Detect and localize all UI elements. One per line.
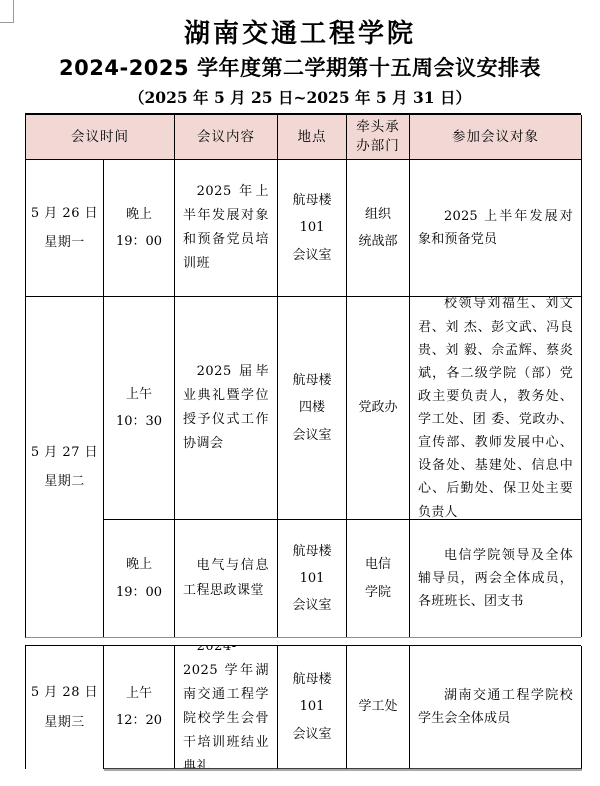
cell-date: 5 月 27 日 星期二 xyxy=(26,297,104,637)
cell-content: 电气与信息工程思政课堂 xyxy=(175,520,278,637)
school-title: 湖南交通工程学院 xyxy=(0,13,600,50)
cell-location: 航母楼 101 会议室 xyxy=(278,160,347,297)
cell-participants: 2025 上半年发展对象和预备党员 xyxy=(410,160,582,297)
header-meeting-content: 会议内容 xyxy=(175,115,278,160)
cell-participants: 电信学院领导及全体辅导员，两会全体成员，各班班长、团支书 xyxy=(410,520,582,637)
cell-time: 晚上 19：00 xyxy=(104,160,175,297)
cell-location: 航母楼 101 会议室 xyxy=(278,520,347,637)
cell-time: 上午 12：20 xyxy=(104,646,175,769)
cell-location: 航母楼 四楼 会议室 xyxy=(278,297,347,520)
cell-participants-text: 校领导刘福生、刘文君、刘 杰、彭文武、冯良贵、刘 毅、佘孟辉、蔡炎斌，各二级学院… xyxy=(418,297,573,520)
header-meeting-time: 会议时间 xyxy=(26,115,175,160)
cell-content: 2024-2025 学年湖南交通工程学院校学生会骨干培训班结业典礼 xyxy=(175,646,278,769)
cell-participants-text: 湖南交通工程学院校学生会全体成员 xyxy=(418,684,573,730)
cell-department: 组织 统战部 xyxy=(347,160,410,297)
cell-date: 5 月 28 日 星期三 xyxy=(26,646,104,769)
cell-participants-text: 2025 上半年发展对象和预备党员 xyxy=(418,205,573,251)
cell-department: 学工处 xyxy=(347,646,410,769)
cell-department: 党政办 xyxy=(347,297,410,520)
meeting-schedule-table-continued: 5 月 28 日 星期三 上午 12：20 2024-2025 学年湖南交通工程… xyxy=(25,645,581,769)
cell-date: 5 月 26 日 星期一 xyxy=(26,160,104,297)
header-participants: 参加会议对象 xyxy=(410,115,582,160)
cell-content-text: 2025 届毕业典礼暨学位授予仪式工作协调会 xyxy=(183,360,269,456)
date-range: （2025 年 5 月 25 日~2025 年 5 月 31 日） xyxy=(0,86,600,108)
page-root: { "page": { "title_school": "湖南交通工程学院", … xyxy=(0,0,600,786)
cell-content-text: 2024-2025 学年湖南交通工程学院校学生会骨干培训班结业典礼 xyxy=(183,646,269,769)
cell-content: 2025 年上半年发展对象和预备党员培训班 xyxy=(175,160,278,297)
cell-participants: 校领导刘福生、刘文君、刘 杰、彭文武、冯良贵、刘 毅、佘孟辉、蔡炎斌，各二级学院… xyxy=(410,297,582,520)
cell-content-text: 电气与信息工程思政课堂 xyxy=(183,554,269,602)
header-location: 地点 xyxy=(278,115,347,160)
meeting-schedule-table: 会议时间 会议内容 地点 牵头承 办部门 参加会议对象 5 月 26 日 星期一… xyxy=(25,113,581,638)
document-title: 2024-2025 学年度第二学期第十五周会议安排表 xyxy=(0,52,600,82)
cell-participants: 湖南交通工程学院校学生会全体成员 xyxy=(410,646,582,769)
cell-content-text: 2025 年上半年发展对象和预备党员培训班 xyxy=(183,180,269,276)
cell-content: 2025 届毕业典礼暨学位授予仪式工作协调会 xyxy=(175,297,278,520)
cell-time: 上午 10：30 xyxy=(104,297,175,520)
cell-department: 电信 学院 xyxy=(347,520,410,637)
cell-time: 晚上 19：00 xyxy=(104,520,175,637)
header-lead-department: 牵头承 办部门 xyxy=(347,115,410,160)
cell-location: 航母楼 101 会议室 xyxy=(278,646,347,769)
cell-participants-text: 电信学院领导及全体辅导员，两会全体成员，各班班长、团支书 xyxy=(418,544,573,613)
